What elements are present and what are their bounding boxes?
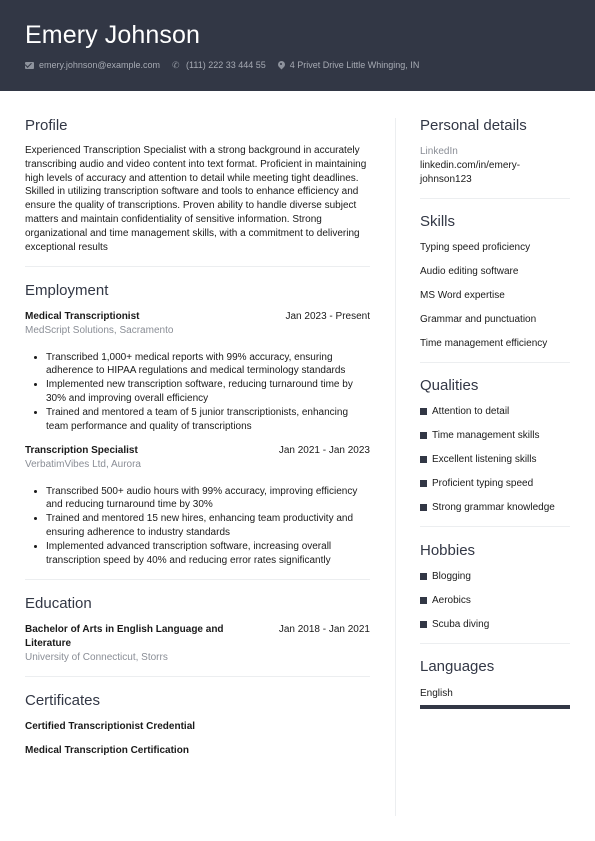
job-bullet: Implemented advanced transcription softw… bbox=[46, 540, 370, 568]
hobbies-heading: Hobbies bbox=[420, 542, 475, 559]
section-divider bbox=[25, 676, 370, 677]
email-text: emery.johnson@example.com bbox=[39, 60, 160, 70]
phone-text: (111) 222 33 444 55 bbox=[186, 60, 266, 70]
contact-email[interactable]: emery.johnson@example.com bbox=[25, 60, 160, 70]
section-divider bbox=[420, 362, 570, 363]
quality-item: Attention to detail bbox=[420, 405, 509, 419]
skill-item: MS Word expertise bbox=[420, 289, 505, 303]
certificate-item: Medical Transcription Certification bbox=[25, 744, 189, 758]
square-bullet-icon bbox=[420, 456, 427, 463]
profile-summary: Experienced Transcription Specialist wit… bbox=[25, 144, 375, 254]
school-name: University of Connecticut, Storrs bbox=[25, 651, 370, 665]
degree-title: Bachelor of Arts in English Language and… bbox=[25, 623, 235, 651]
square-bullet-icon bbox=[420, 597, 427, 604]
quality-item: Excellent listening skills bbox=[420, 453, 537, 467]
education-entry: Bachelor of Arts in English Language and… bbox=[25, 623, 370, 664]
square-bullet-icon bbox=[420, 573, 427, 580]
certificates-heading: Certificates bbox=[25, 692, 100, 709]
qualities-heading: Qualities bbox=[420, 377, 478, 394]
personal-details-heading: Personal details bbox=[420, 117, 527, 134]
job-dates: Jan 2023 - Present bbox=[286, 310, 371, 324]
hobby-item: Aerobics bbox=[420, 594, 471, 608]
column-divider bbox=[395, 118, 396, 816]
map-pin-icon bbox=[278, 61, 285, 70]
job-bullet: Transcribed 1,000+ medical reports with … bbox=[46, 351, 370, 379]
skill-item: Time management efficiency bbox=[420, 337, 547, 351]
contact-phone[interactable]: ✆ (111) 222 33 444 55 bbox=[172, 60, 266, 70]
language-proficiency-fill bbox=[420, 705, 570, 709]
job-title: Transcription Specialist bbox=[25, 444, 138, 458]
quality-item: Strong grammar knowledge bbox=[420, 501, 555, 515]
contact-info: emery.johnson@example.com ✆ (111) 222 33… bbox=[25, 59, 431, 71]
languages-heading: Languages bbox=[420, 658, 494, 675]
job-bullets: Transcribed 500+ audio hours with 99% ac… bbox=[25, 485, 370, 568]
contact-address: 4 Privet Drive Little Whinging, IN bbox=[278, 60, 420, 70]
skills-heading: Skills bbox=[420, 213, 455, 230]
square-bullet-icon bbox=[420, 432, 427, 439]
job-entry: Medical Transcriptionist Jan 2023 - Pres… bbox=[25, 310, 370, 433]
job-bullet: Transcribed 500+ audio hours with 99% ac… bbox=[46, 485, 370, 513]
address-text: 4 Privet Drive Little Whinging, IN bbox=[290, 60, 420, 70]
section-divider bbox=[25, 266, 370, 267]
hobby-item: Blogging bbox=[420, 570, 471, 584]
language-name: English bbox=[420, 687, 453, 701]
language-proficiency-bar bbox=[420, 705, 570, 709]
employment-heading: Employment bbox=[25, 282, 108, 299]
skill-item: Typing speed proficiency bbox=[420, 241, 530, 255]
quality-item: Proficient typing speed bbox=[420, 477, 533, 491]
certificate-item: Certified Transcriptionist Credential bbox=[25, 720, 195, 734]
job-title: Medical Transcriptionist bbox=[25, 310, 139, 324]
quality-item: Time management skills bbox=[420, 429, 539, 443]
linkedin-label: LinkedIn bbox=[420, 145, 458, 159]
section-divider bbox=[420, 198, 570, 199]
section-divider bbox=[420, 526, 570, 527]
job-company: MedScript Solutions, Sacramento bbox=[25, 324, 370, 338]
job-bullets: Transcribed 1,000+ medical reports with … bbox=[25, 351, 370, 434]
job-company: VerbatimVibes Ltd, Aurora bbox=[25, 458, 370, 472]
phone-icon: ✆ bbox=[172, 61, 181, 70]
resume-header: Emery Johnson emery.johnson@example.com … bbox=[0, 0, 595, 91]
education-dates: Jan 2018 - Jan 2021 bbox=[279, 623, 370, 651]
envelope-icon bbox=[25, 62, 34, 69]
education-heading: Education bbox=[25, 595, 92, 612]
job-bullet: Trained and mentored 15 new hires, enhan… bbox=[46, 512, 370, 540]
section-divider bbox=[420, 643, 570, 644]
section-divider bbox=[25, 579, 370, 580]
linkedin-link[interactable]: linkedin.com/in/emery-johnson123 bbox=[420, 159, 538, 187]
skill-item: Grammar and punctuation bbox=[420, 313, 536, 327]
hobby-item: Scuba diving bbox=[420, 618, 489, 632]
profile-heading: Profile bbox=[25, 117, 68, 134]
job-dates: Jan 2021 - Jan 2023 bbox=[279, 444, 370, 458]
job-bullet: Implemented new transcription software, … bbox=[46, 378, 370, 406]
square-bullet-icon bbox=[420, 621, 427, 628]
candidate-name: Emery Johnson bbox=[25, 21, 200, 50]
square-bullet-icon bbox=[420, 504, 427, 511]
job-bullet: Trained and mentored a team of 5 junior … bbox=[46, 406, 370, 434]
job-entry: Transcription Specialist Jan 2021 - Jan … bbox=[25, 444, 370, 567]
square-bullet-icon bbox=[420, 480, 427, 487]
square-bullet-icon bbox=[420, 408, 427, 415]
skill-item: Audio editing software bbox=[420, 265, 518, 279]
